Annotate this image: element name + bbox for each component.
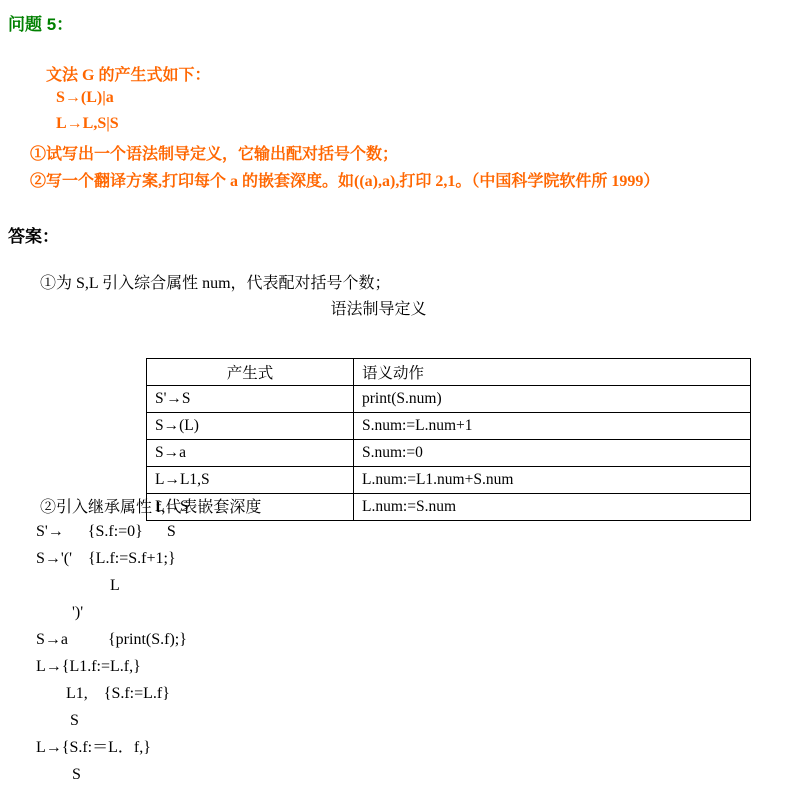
cell-action: print(S.num) — [354, 386, 751, 413]
table-row: S'→S print(S.num) — [147, 386, 751, 413]
scheme-line: S→a {print(S.f);} — [0, 626, 805, 653]
answer-part1-intro: ①为 S,L 引入综合属性 num，代表配对括号个数； — [40, 270, 391, 293]
scheme-line: L1, {S.f:=L.f} — [0, 680, 805, 707]
cell-action: L.num:=L1.num+S.num — [354, 467, 751, 494]
header-semantic-action: 语义动作 — [354, 359, 751, 386]
header-production: 产生式 — [147, 359, 354, 386]
translation-scheme: S'→ {S.f:=0} S S→'(' {L.f:=S.f+1;} L ')'… — [0, 518, 805, 787]
cell-action: L.num:=S.num — [354, 494, 751, 521]
grammar-intro-line: 文法 G 的产生式如下： — [46, 62, 210, 85]
table-row: S→a S.num:=0 — [147, 440, 751, 467]
question-item-1: ①试写出一个语法制导定义，它输出配对括号个数； — [30, 141, 398, 164]
problem-title: 问题 5： — [8, 10, 73, 35]
cell-action: S.num:=0 — [354, 440, 751, 467]
scheme-line: S — [0, 761, 805, 787]
scheme-line: L→{L1.f:=L.f,} — [0, 653, 805, 680]
cell-production: S→(L) — [147, 413, 354, 440]
answer-part2-intro: ②引入继承属性 f,代表嵌套深度 — [40, 494, 261, 517]
scheme-line: L — [0, 572, 805, 599]
scheme-line: S'→ {S.f:=0} S — [0, 518, 805, 545]
scheme-line: L→{S.f:＝L．f,} — [0, 734, 805, 761]
answer-title: 答案： — [8, 222, 59, 247]
grammar-production-1: S→(L)|a — [56, 89, 114, 107]
question-item-2: ②写一个翻译方案,打印每个 a 的嵌套深度。如((a),a),打印 2,1。（中… — [30, 168, 659, 191]
scheme-line: S→'(' {L.f:=S.f+1;} — [0, 545, 805, 572]
document-page: 问题 5： 文法 G 的产生式如下： S→(L)|a L→L,S|S ①试写出一… — [0, 0, 805, 787]
table-row: S→(L) S.num:=L.num+1 — [147, 413, 751, 440]
cell-action: S.num:=L.num+1 — [354, 413, 751, 440]
table-title: 语法制导定义 — [146, 296, 611, 319]
scheme-line: S — [0, 707, 805, 734]
cell-production: L→L1,S — [147, 467, 354, 494]
scheme-line: ')' — [0, 599, 805, 626]
table-row: L→L1,S L.num:=L1.num+S.num — [147, 467, 751, 494]
grammar-production-2: L→L,S|S — [56, 115, 119, 133]
cell-production: S→a — [147, 440, 354, 467]
table-header-row: 产生式 语义动作 — [147, 359, 751, 386]
cell-production: S'→S — [147, 386, 354, 413]
